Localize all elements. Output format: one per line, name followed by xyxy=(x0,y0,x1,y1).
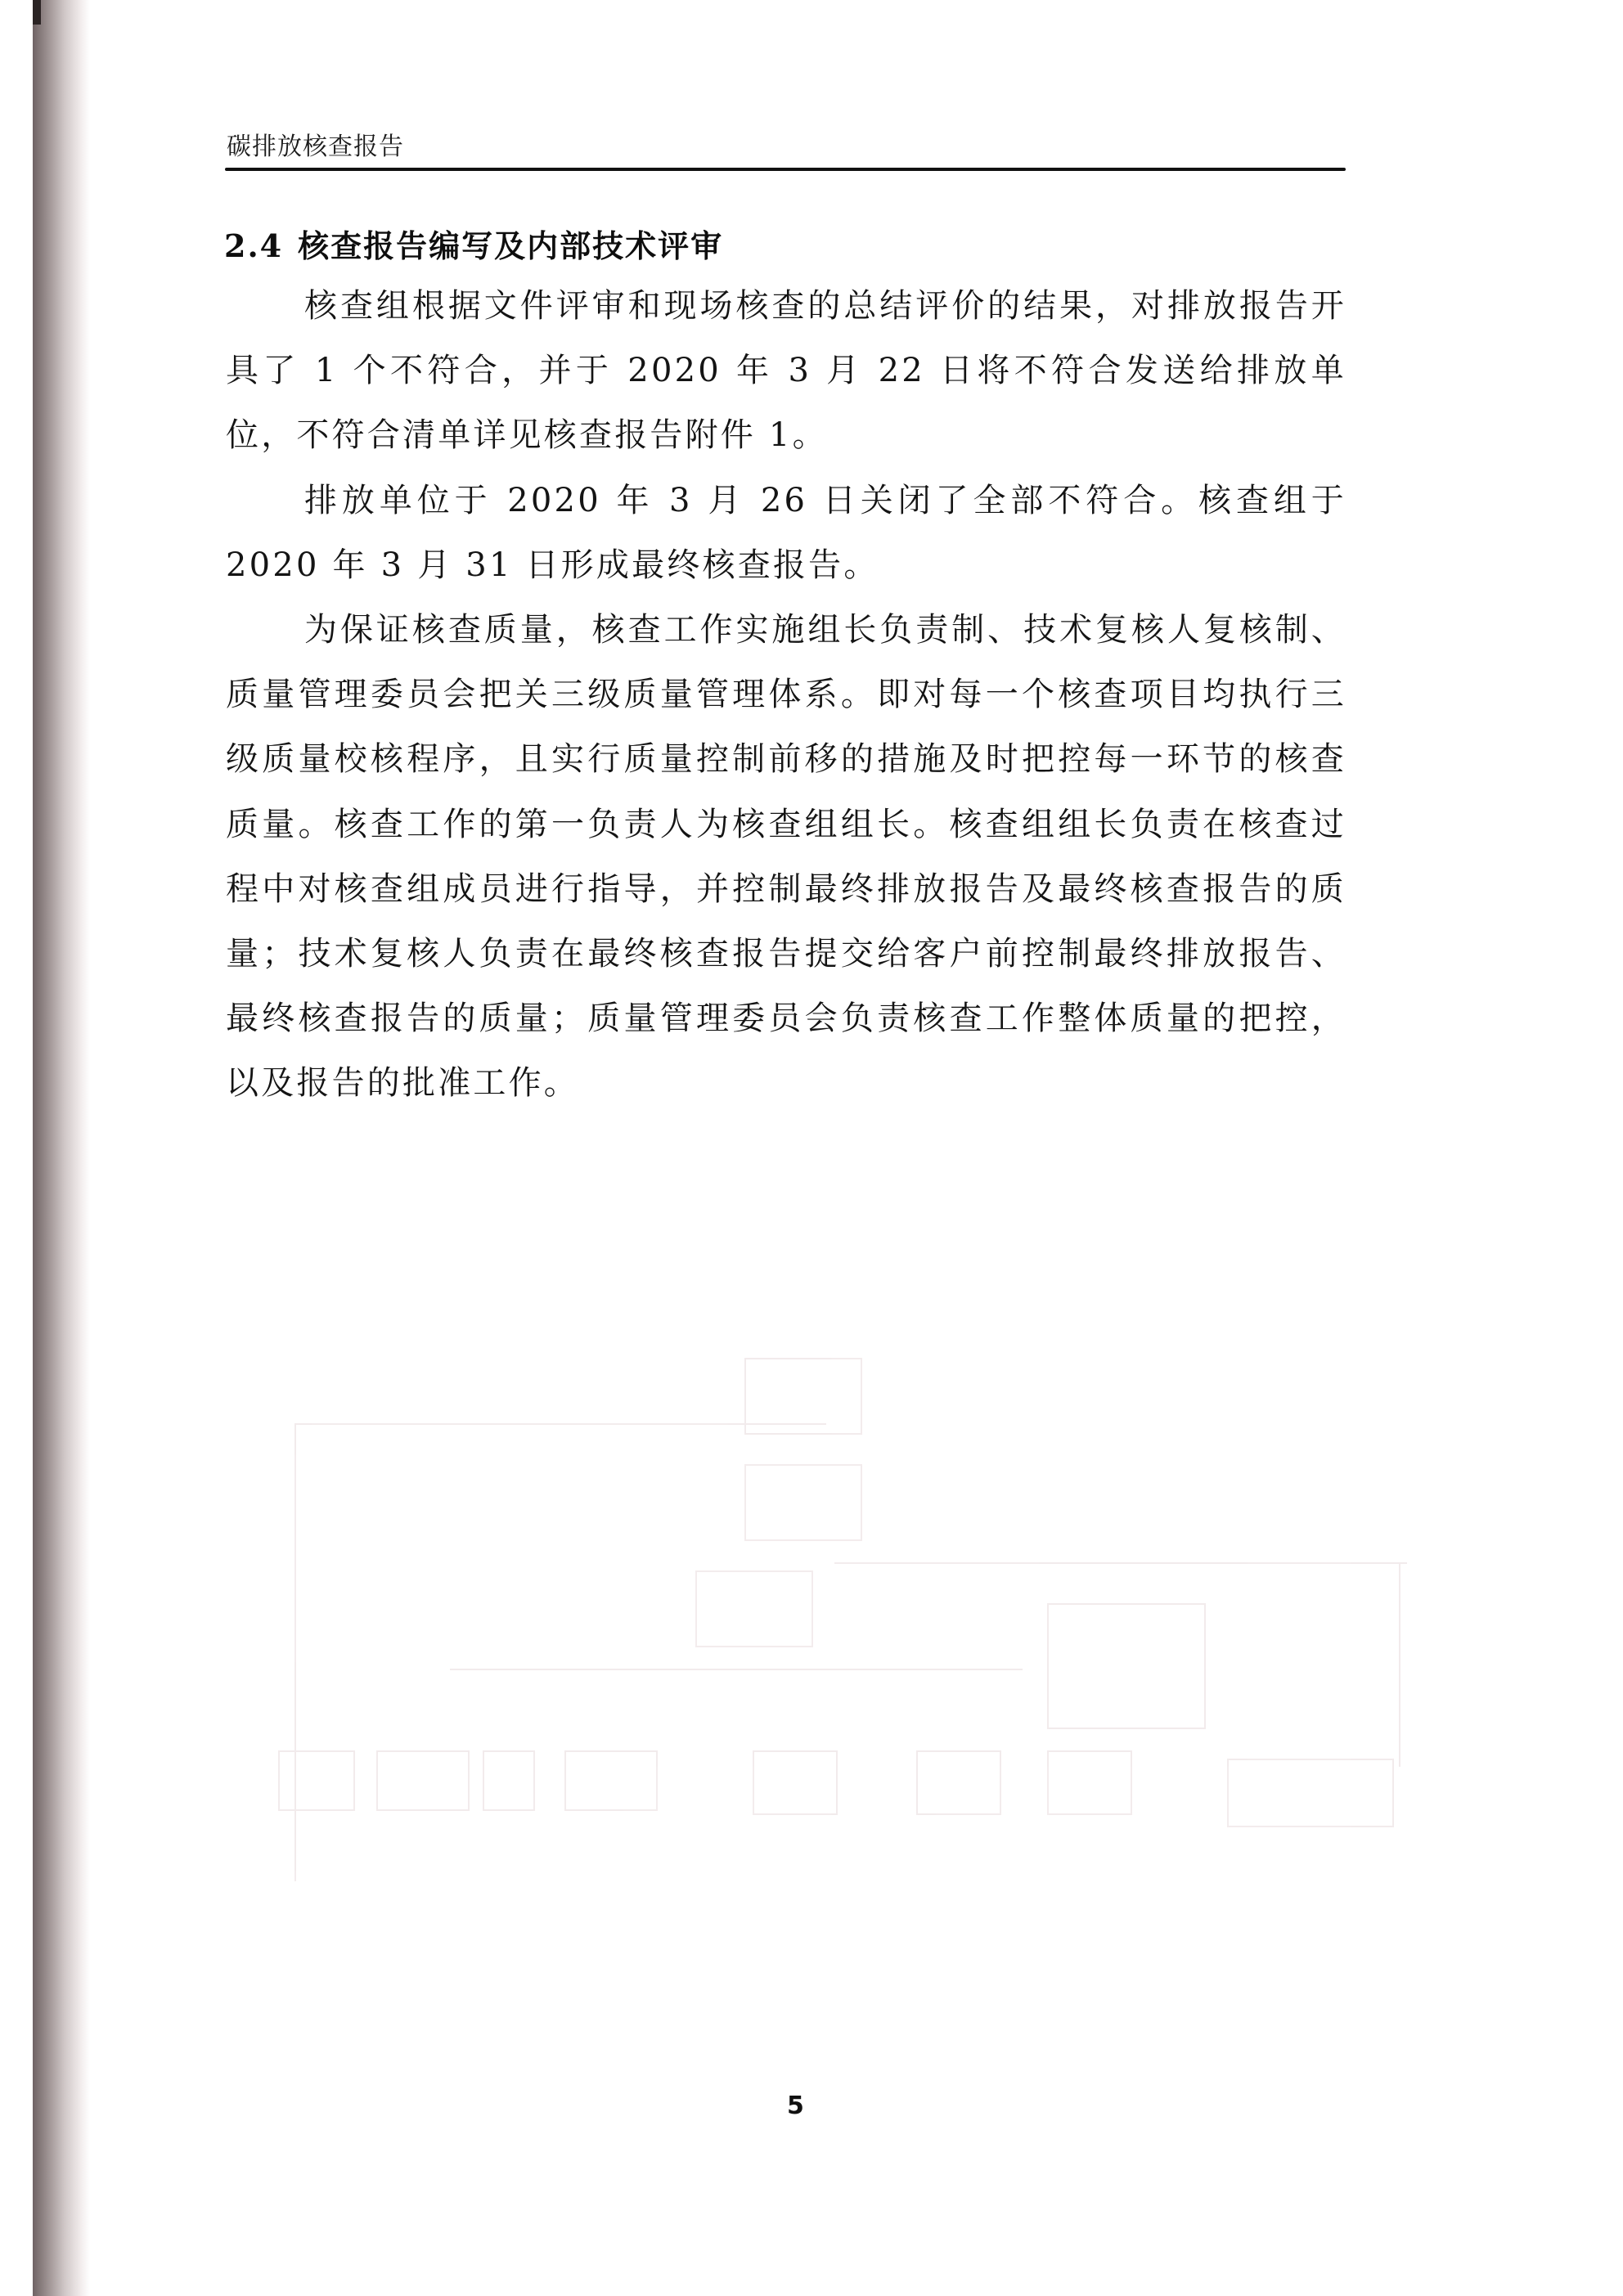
book-gutter-shadow xyxy=(33,0,90,2296)
section-heading: 2.4核查报告编写及内部技术评审 xyxy=(224,225,723,267)
page-number: 5 xyxy=(787,2092,804,2120)
header-rule xyxy=(225,168,1346,171)
bleed-through-org-chart xyxy=(270,1341,1415,1914)
paragraph-nonconformity: 核查组根据文件评审和现场核查的总结评价的结果，对排放报告开具了 1 个不符合，并… xyxy=(226,274,1347,469)
section-title: 核查报告编写及内部技术评审 xyxy=(298,227,723,264)
body-text: 核查组根据文件评审和现场核查的总结评价的结果，对排放报告开具了 1 个不符合，并… xyxy=(226,274,1347,1117)
section-number: 2.4 xyxy=(224,227,283,264)
paragraph-quality-control: 为保证核查质量，核查工作实施组长负责制、技术复核人复核制、质量管理委员会把关三级… xyxy=(226,598,1347,1117)
book-edge xyxy=(33,0,41,25)
paragraph-closure: 排放单位于 2020 年 3 月 26 日关闭了全部不符合。核查组于 2020 … xyxy=(226,469,1347,598)
running-header: 碳排放核查报告 xyxy=(227,131,404,164)
